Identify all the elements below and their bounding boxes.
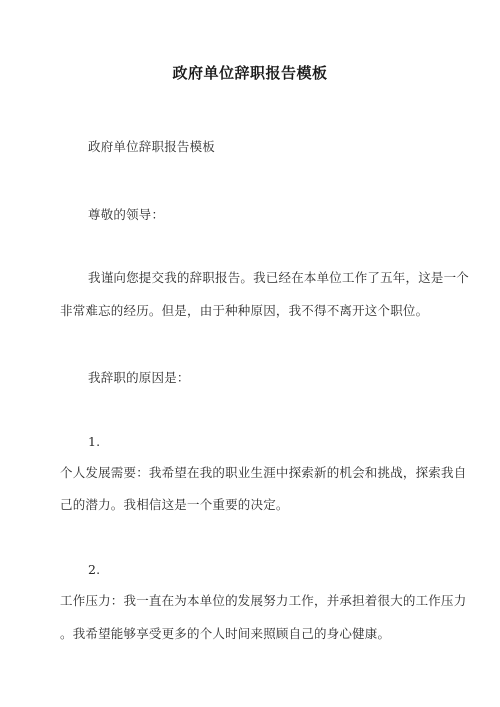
document-page: 政府单位辞职报告模板 政府单位辞职报告模板 尊敬的领导： 我谨向您提交我的辞职报… [0, 0, 500, 707]
reason-line-2: 己的潜力。我相信这是一个重要的决定。 [60, 495, 289, 513]
document-subtitle: 政府单位辞职报告模板 [88, 137, 215, 155]
document-title: 政府单位辞职报告模板 [0, 62, 500, 83]
reason-line-1: 工作压力：我一直在为本单位的发展努力工作，并承担着很大的工作压力 [60, 591, 466, 609]
reason-number: 1. [88, 434, 100, 449]
reason-number: 2. [88, 562, 100, 577]
reason-line-2: 。我希望能够享受更多的个人时间来照顾自己的身心健康。 [60, 624, 390, 642]
reasons-heading: 我辞职的原因是： [88, 368, 190, 386]
intro-line-2: 非常难忘的经历。但是，由于种种原因，我不得不离开这个职位。 [60, 301, 428, 319]
salutation: 尊敬的领导： [88, 205, 164, 223]
reason-line-1: 个人发展需要：我希望在我的职业生涯中探索新的机会和挑战，探索我自 [60, 463, 466, 481]
intro-line-1: 我谨向您提交我的辞职报告。我已经在本单位工作了五年，这是一个 [88, 268, 469, 286]
